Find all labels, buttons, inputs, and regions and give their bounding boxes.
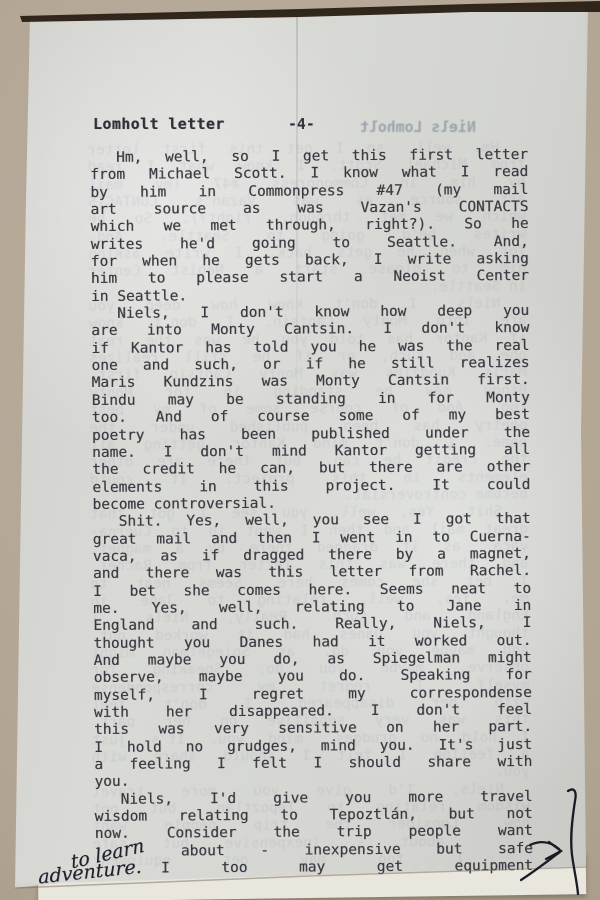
bleedthrough-header-text: Niels Lomholt — [360, 119, 476, 136]
typed-text: Hm, well, so I get this first letterfrom… — [90, 147, 533, 878]
page-number: -4- — [288, 116, 315, 133]
typed-line: elements in this project. It could — [92, 476, 530, 496]
typed-line: a feeling I felt I should share with — [94, 754, 532, 774]
typed-line: I too may get equipment — [95, 858, 533, 878]
photo-background: Hm, well, so I get this first letterfrom… — [0, 0, 600, 900]
letter-title: Lomholt letter — [93, 116, 225, 133]
letter-header: Lomholt letter -4- Niels Lomholt — [0, 116, 600, 138]
typed-line: him to please start a Neoist Center — [91, 268, 529, 288]
